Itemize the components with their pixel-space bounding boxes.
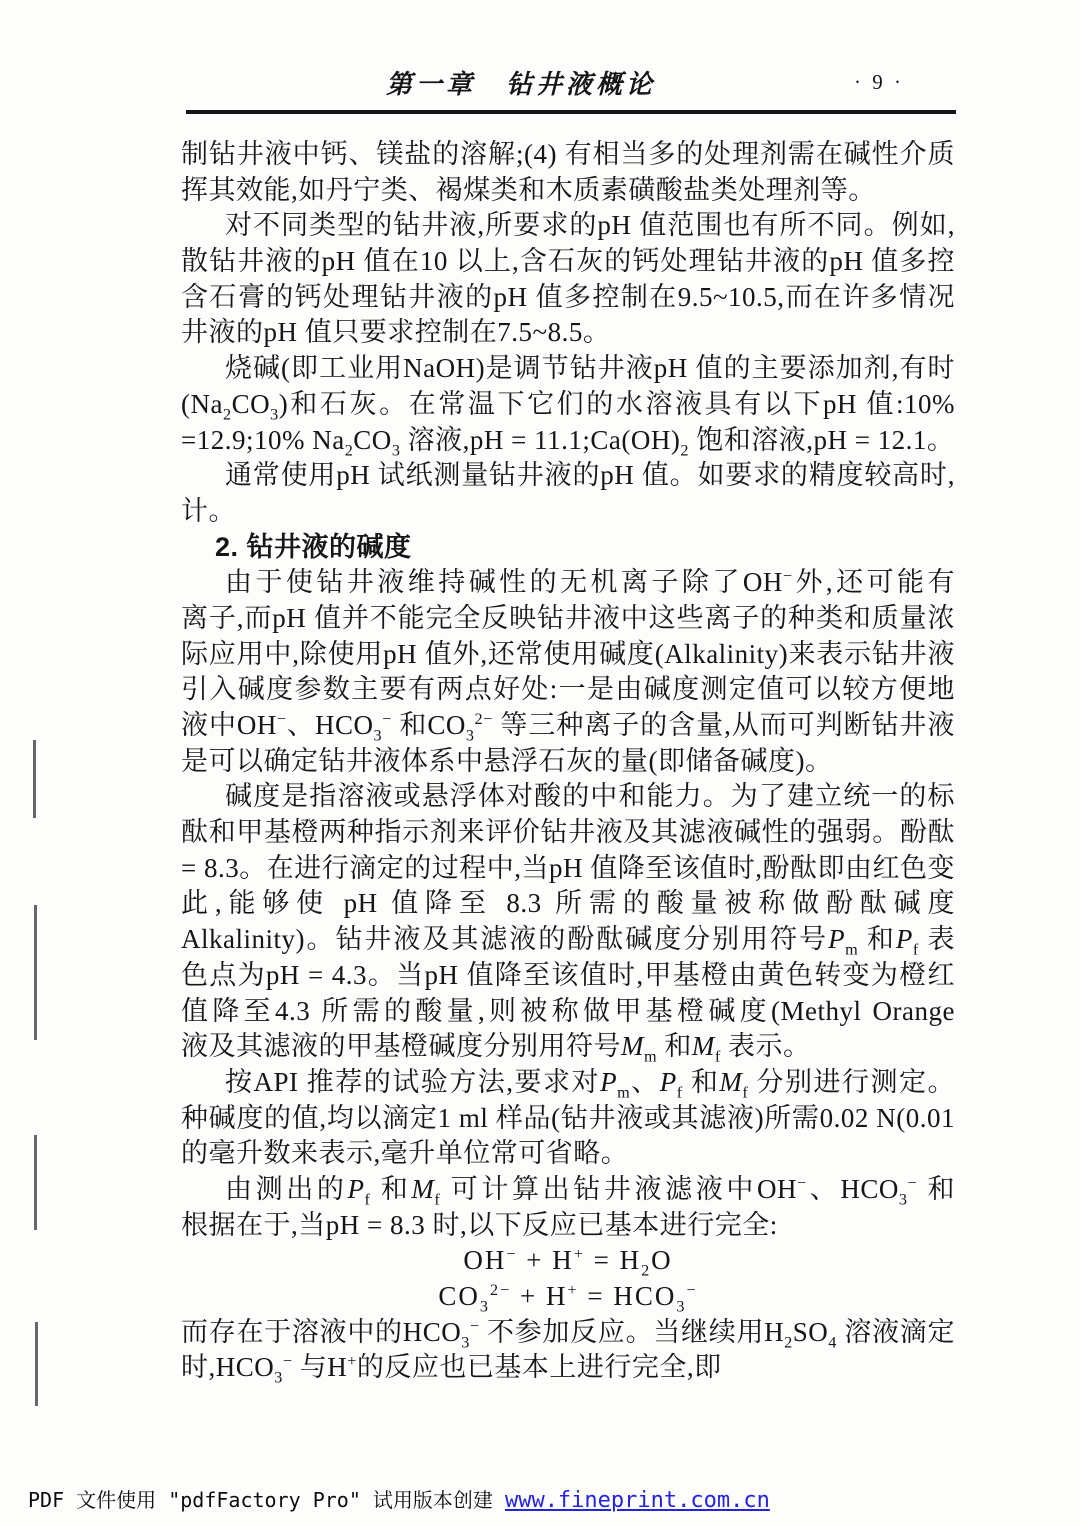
body-line: 烧碱(即工业用NaOH)是调节钻井液pH 值的主要添加剂,有时也使用纯碱 bbox=[181, 351, 955, 387]
body-line: (Na2CO3)和石灰。在常温下它们的水溶液具有以下pH 值:10% NaOH … bbox=[181, 387, 955, 423]
watermark-text: PDF 文件使用 "pdfFactory Pro" 试用版本创建 bbox=[28, 1488, 505, 1512]
body-line: 对不同类型的钻井液,所要求的pH 值范围也有所不同。例如,一般要求分 bbox=[181, 208, 955, 244]
equation-hydroxide-neutralization: OH− + H+ = H2O bbox=[181, 1243, 955, 1279]
body-line: 由于使钻井液维持碱性的无机离子除了OH−外,还可能有HCO3− 和CO32− 等 bbox=[181, 565, 955, 601]
body-line: 值降至4.3 所需的酸量,则被称做甲基橙碱度(Methyl Orange Alk… bbox=[181, 994, 955, 1030]
body-line: Alkalinity)。钻井液及其滤液的酚酞碱度分别用符号Pm 和Pf 表示。甲… bbox=[181, 922, 955, 958]
body-line: 时,HCO3− 与H+的反应也已基本上进行完全,即 bbox=[181, 1350, 955, 1386]
body-line: 种碱度的值,均以滴定1 ml 样品(钻井液或其滤液)所需0.02 N(0.01 … bbox=[181, 1101, 955, 1137]
fineprint-link[interactable]: www.fineprint.com.cn bbox=[505, 1488, 770, 1513]
body-line: 散钻井液的pH 值在10 以上,含石灰的钙处理钻井液的pH 值多控制在11~12… bbox=[181, 244, 955, 280]
body-line: 酞和甲基橙两种指示剂来评价钻井液及其滤液碱性的强弱。酚酞的变色点为pH bbox=[181, 815, 955, 851]
body-line: 液及其滤液的甲基橙碱度分别用符号Mm 和Mf 表示。 bbox=[181, 1029, 955, 1065]
header-rule bbox=[186, 110, 956, 114]
body-line: =12.9;10% Na2CO3 溶液,pH = 11.1;Ca(OH)2 饱和… bbox=[181, 423, 955, 459]
body-line: 离子,而pH 值并不能完全反映钻井液中这些离子的种类和质量浓度。因此在实 bbox=[181, 601, 955, 637]
page-body: 制钻井液中钙、镁盐的溶解;(4) 有相当多的处理剂需在碱性介质中才能充分发 挥其… bbox=[181, 137, 955, 1386]
equation-carbonate-neutralization: CO32− + H+ = HCO3− bbox=[181, 1279, 955, 1315]
body-line: 此,能够使 pH 值降至 8.3 所需的酸量被称做酚酞碱度(Phenolphth… bbox=[181, 886, 955, 922]
body-line: 色点为pH = 4.3。当pH 值降至该值时,甲基橙由黄色转变为橙红色。能使pH bbox=[181, 958, 955, 994]
body-line: = 8.3。在进行滴定的过程中,当pH 值降至该值时,酚酞即由红色变为无色。因 bbox=[181, 851, 955, 887]
body-line: 根据在于,当pH = 8.3 时,以下反应已基本进行完全: bbox=[181, 1208, 955, 1244]
chapter-title: 第一章 钻井液概论 bbox=[386, 64, 656, 101]
page-number: · 9 · bbox=[854, 70, 904, 95]
body-line: 碱度是指溶液或悬浮体对酸的中和能力。为了建立统一的标准,API 选用酚 bbox=[181, 779, 955, 815]
body-line: 计。 bbox=[181, 494, 955, 530]
body-line: 挥其效能,如丹宁类、褐煤类和木质素磺酸盐类处理剂等。 bbox=[181, 173, 955, 209]
body-line: 而存在于溶液中的HCO3− 不参加反应。当继续用H2SO4 溶液滴定至pH = … bbox=[181, 1315, 955, 1351]
body-line: 际应用中,除使用pH 值外,还常使用碱度(Alkalinity)来表示钻井液的酸… bbox=[181, 637, 955, 673]
body-line: 是可以确定钻井液体系中悬浮石灰的量(即储备碱度)。 bbox=[181, 744, 955, 780]
body-line: 井液的pH 值只要求控制在7.5~8.5。 bbox=[181, 315, 955, 351]
body-line: 的毫升数来表示,毫升单位常可省略。 bbox=[181, 1136, 955, 1172]
section-heading: 2. 钻井液的碱度 bbox=[181, 530, 955, 566]
body-line: 引入碱度参数主要有两点好处:一是由碱度测定值可以较方便地确定钻井液滤 bbox=[181, 672, 955, 708]
scan-artifact-line bbox=[34, 1135, 37, 1230]
body-line: 制钻井液中钙、镁盐的溶解;(4) 有相当多的处理剂需在碱性介质中才能充分发 bbox=[181, 137, 955, 173]
scanned-page: 第一章 钻井液概论 · 9 · 制钻井液中钙、镁盐的溶解;(4) 有相当多的处理… bbox=[0, 0, 1080, 1526]
body-line: 通常使用pH 试纸测量钻井液的pH 值。如要求的精度较高时,可使用pH bbox=[181, 458, 955, 494]
scan-artifact-line bbox=[33, 740, 36, 818]
body-line: 由测出的Pf 和Mf 可计算出钻井液滤液中OH−、HCO3− 和CO32− 的浓… bbox=[181, 1172, 955, 1208]
body-line: 含石膏的钙处理钻井液的pH 值多控制在9.5~10.5,而在许多情况下聚合物钻 bbox=[181, 280, 955, 316]
scan-artifact-line bbox=[35, 1322, 38, 1406]
scan-artifact-line bbox=[34, 905, 37, 1040]
body-line: 液中OH−、HCO3− 和CO32− 等三种离子的含量,从而可判断钻井液碱性的来… bbox=[181, 708, 955, 744]
watermark-footer: PDF 文件使用 "pdfFactory Pro" 试用版本创建 www.fin… bbox=[28, 1484, 770, 1513]
body-line: 按API 推荐的试验方法,要求对Pm、Pf 和Mf 分别进行测定。并规定,以上三 bbox=[181, 1065, 955, 1101]
